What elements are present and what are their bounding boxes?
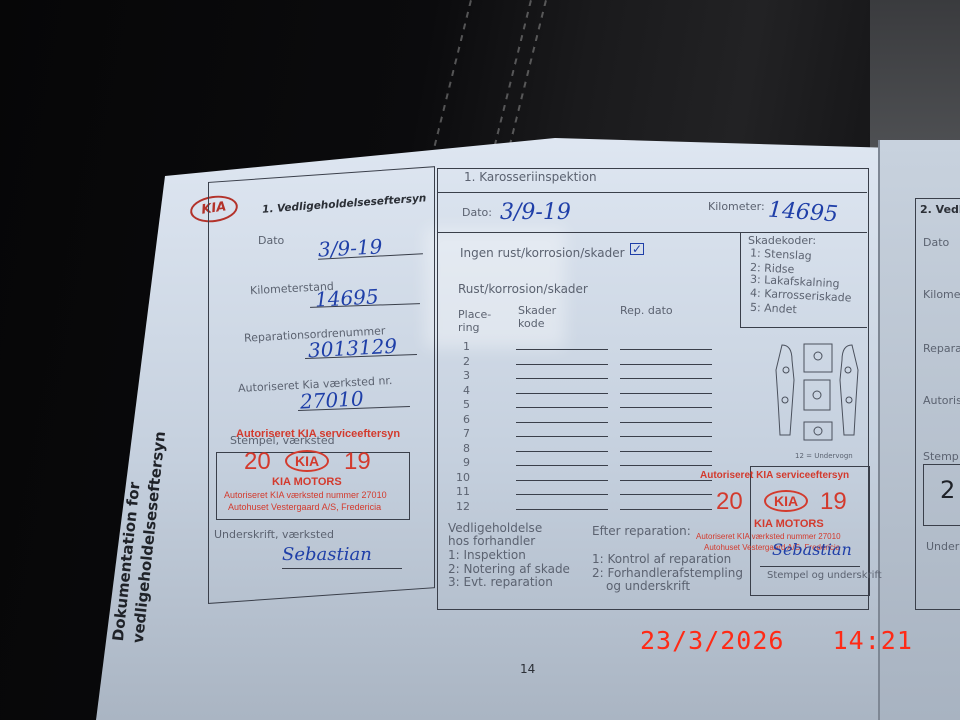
field-label: Dato <box>923 236 949 249</box>
entry-line[interactable] <box>516 436 608 437</box>
camera-timestamp: 23/3/2026 14:21 <box>640 626 913 655</box>
entry-line[interactable] <box>620 349 712 350</box>
divider <box>437 232 867 233</box>
signature-line <box>760 566 860 567</box>
stamp-brand: KIA MOTORS <box>272 476 342 488</box>
entry-line[interactable] <box>516 407 608 408</box>
entry-line[interactable] <box>516 480 608 481</box>
stamp-year-left: 20 <box>244 448 271 476</box>
row-number: 10 <box>450 471 470 484</box>
row-number: 8 <box>450 442 470 455</box>
service-title-2: 2. Vedl <box>920 203 960 216</box>
row-number: 11 <box>450 485 470 498</box>
entry-line[interactable] <box>620 407 712 408</box>
entry-line[interactable] <box>516 494 608 495</box>
row-number: 2 <box>450 355 470 368</box>
entry-line[interactable] <box>516 509 608 510</box>
entry-line[interactable] <box>620 436 712 437</box>
col-header-placement: Place- ring <box>458 308 491 334</box>
date-value: 3/9-19 <box>500 200 571 225</box>
stamp-box-label: Stempel og underskrift <box>767 570 882 581</box>
field-label: Autoris <box>923 394 960 407</box>
inspection-title: 1. Karosseriinspektion <box>464 170 597 184</box>
row-number: 6 <box>450 413 470 426</box>
entry-line[interactable] <box>620 393 712 394</box>
row-number: 3 <box>450 369 470 382</box>
damage-code-item: 5: Andet <box>750 301 797 316</box>
stamp-line1: Autoriseret KIA værksted nummer 27010 <box>224 490 387 500</box>
divider <box>740 232 741 327</box>
page-number: 14 <box>520 662 535 676</box>
date-label: Dato: <box>462 206 492 219</box>
signature-label-fragment: Under <box>926 540 959 553</box>
rust-label: Rust/korrosion/skader <box>458 282 588 296</box>
row-number: 7 <box>450 427 470 440</box>
row-number: 4 <box>450 384 470 397</box>
field-label: Dato <box>258 234 284 247</box>
stamp-kia-logo: KIA <box>285 450 329 472</box>
entry-line[interactable] <box>620 465 712 466</box>
divider <box>437 192 867 193</box>
signature: Sebastian <box>282 544 372 565</box>
entry-line[interactable] <box>620 378 712 379</box>
entry-line[interactable] <box>516 378 608 379</box>
entry-line[interactable] <box>516 393 608 394</box>
no-rust-checkbox[interactable]: ✓ <box>630 243 644 255</box>
no-rust-label: Ingen rust/korrosion/skader <box>460 246 625 260</box>
field-label: Kilome <box>923 288 960 301</box>
signature: Sebastian <box>772 540 852 559</box>
entry-line[interactable] <box>516 349 608 350</box>
entry-line[interactable] <box>516 364 608 365</box>
divider <box>740 327 867 328</box>
stamp-year-left: 20 <box>716 488 743 516</box>
stamp-header: Autoriseret KIA serviceeftersyn <box>236 428 400 440</box>
stamp-year-right: 19 <box>344 448 371 476</box>
stamp-kia-logo: KIA <box>764 490 808 512</box>
stamp-header: Autoriseret KIA serviceeftersyn <box>700 470 849 481</box>
field-value: 14695 <box>314 284 379 311</box>
field-label: Repara <box>923 342 960 355</box>
maintenance-steps: 1: Inspektion 2: Notering af skade 3: Ev… <box>448 549 570 590</box>
row-number: 5 <box>450 398 470 411</box>
col-header-repair-date: Rep. dato <box>620 304 673 317</box>
entry-line[interactable] <box>620 422 712 423</box>
after-repair-title: Efter reparation: <box>592 524 691 538</box>
stamp-fragment: 2 <box>940 476 955 504</box>
diagram-caption: 12 = Undervogn <box>795 452 853 460</box>
row-number: 12 <box>450 500 470 513</box>
km-label: Kilometer: <box>708 200 765 213</box>
km-value: 14695 <box>767 198 839 228</box>
entry-line[interactable] <box>516 465 608 466</box>
signature-label: Underskrift, værksted <box>214 528 334 541</box>
after-repair-steps: 1: Kontrol af reparation 2: Forhandleraf… <box>592 553 743 594</box>
row-number: 9 <box>450 456 470 469</box>
entry-line[interactable] <box>620 364 712 365</box>
entry-line[interactable] <box>620 494 712 495</box>
entry-line[interactable] <box>620 451 712 452</box>
maintenance-title: Vedligeholdelse hos forhandler <box>448 522 542 548</box>
col-header-damage-code: Skader kode <box>518 304 556 330</box>
entry-line[interactable] <box>516 422 608 423</box>
stamp-line2: Autohuset Vestergaard A/S, Fredericia <box>228 502 381 512</box>
car-body-diagram <box>772 340 862 445</box>
damage-codes-title: Skadekoder: <box>748 234 816 247</box>
stamp-brand: KIA MOTORS <box>754 518 824 530</box>
entry-line[interactable] <box>620 509 712 510</box>
entry-line[interactable] <box>516 451 608 452</box>
field-label: Stemp <box>923 450 959 463</box>
entry-line[interactable] <box>620 480 712 481</box>
signature-line <box>282 568 402 569</box>
stamp-year-right: 19 <box>820 488 847 516</box>
row-number: 1 <box>450 340 470 353</box>
